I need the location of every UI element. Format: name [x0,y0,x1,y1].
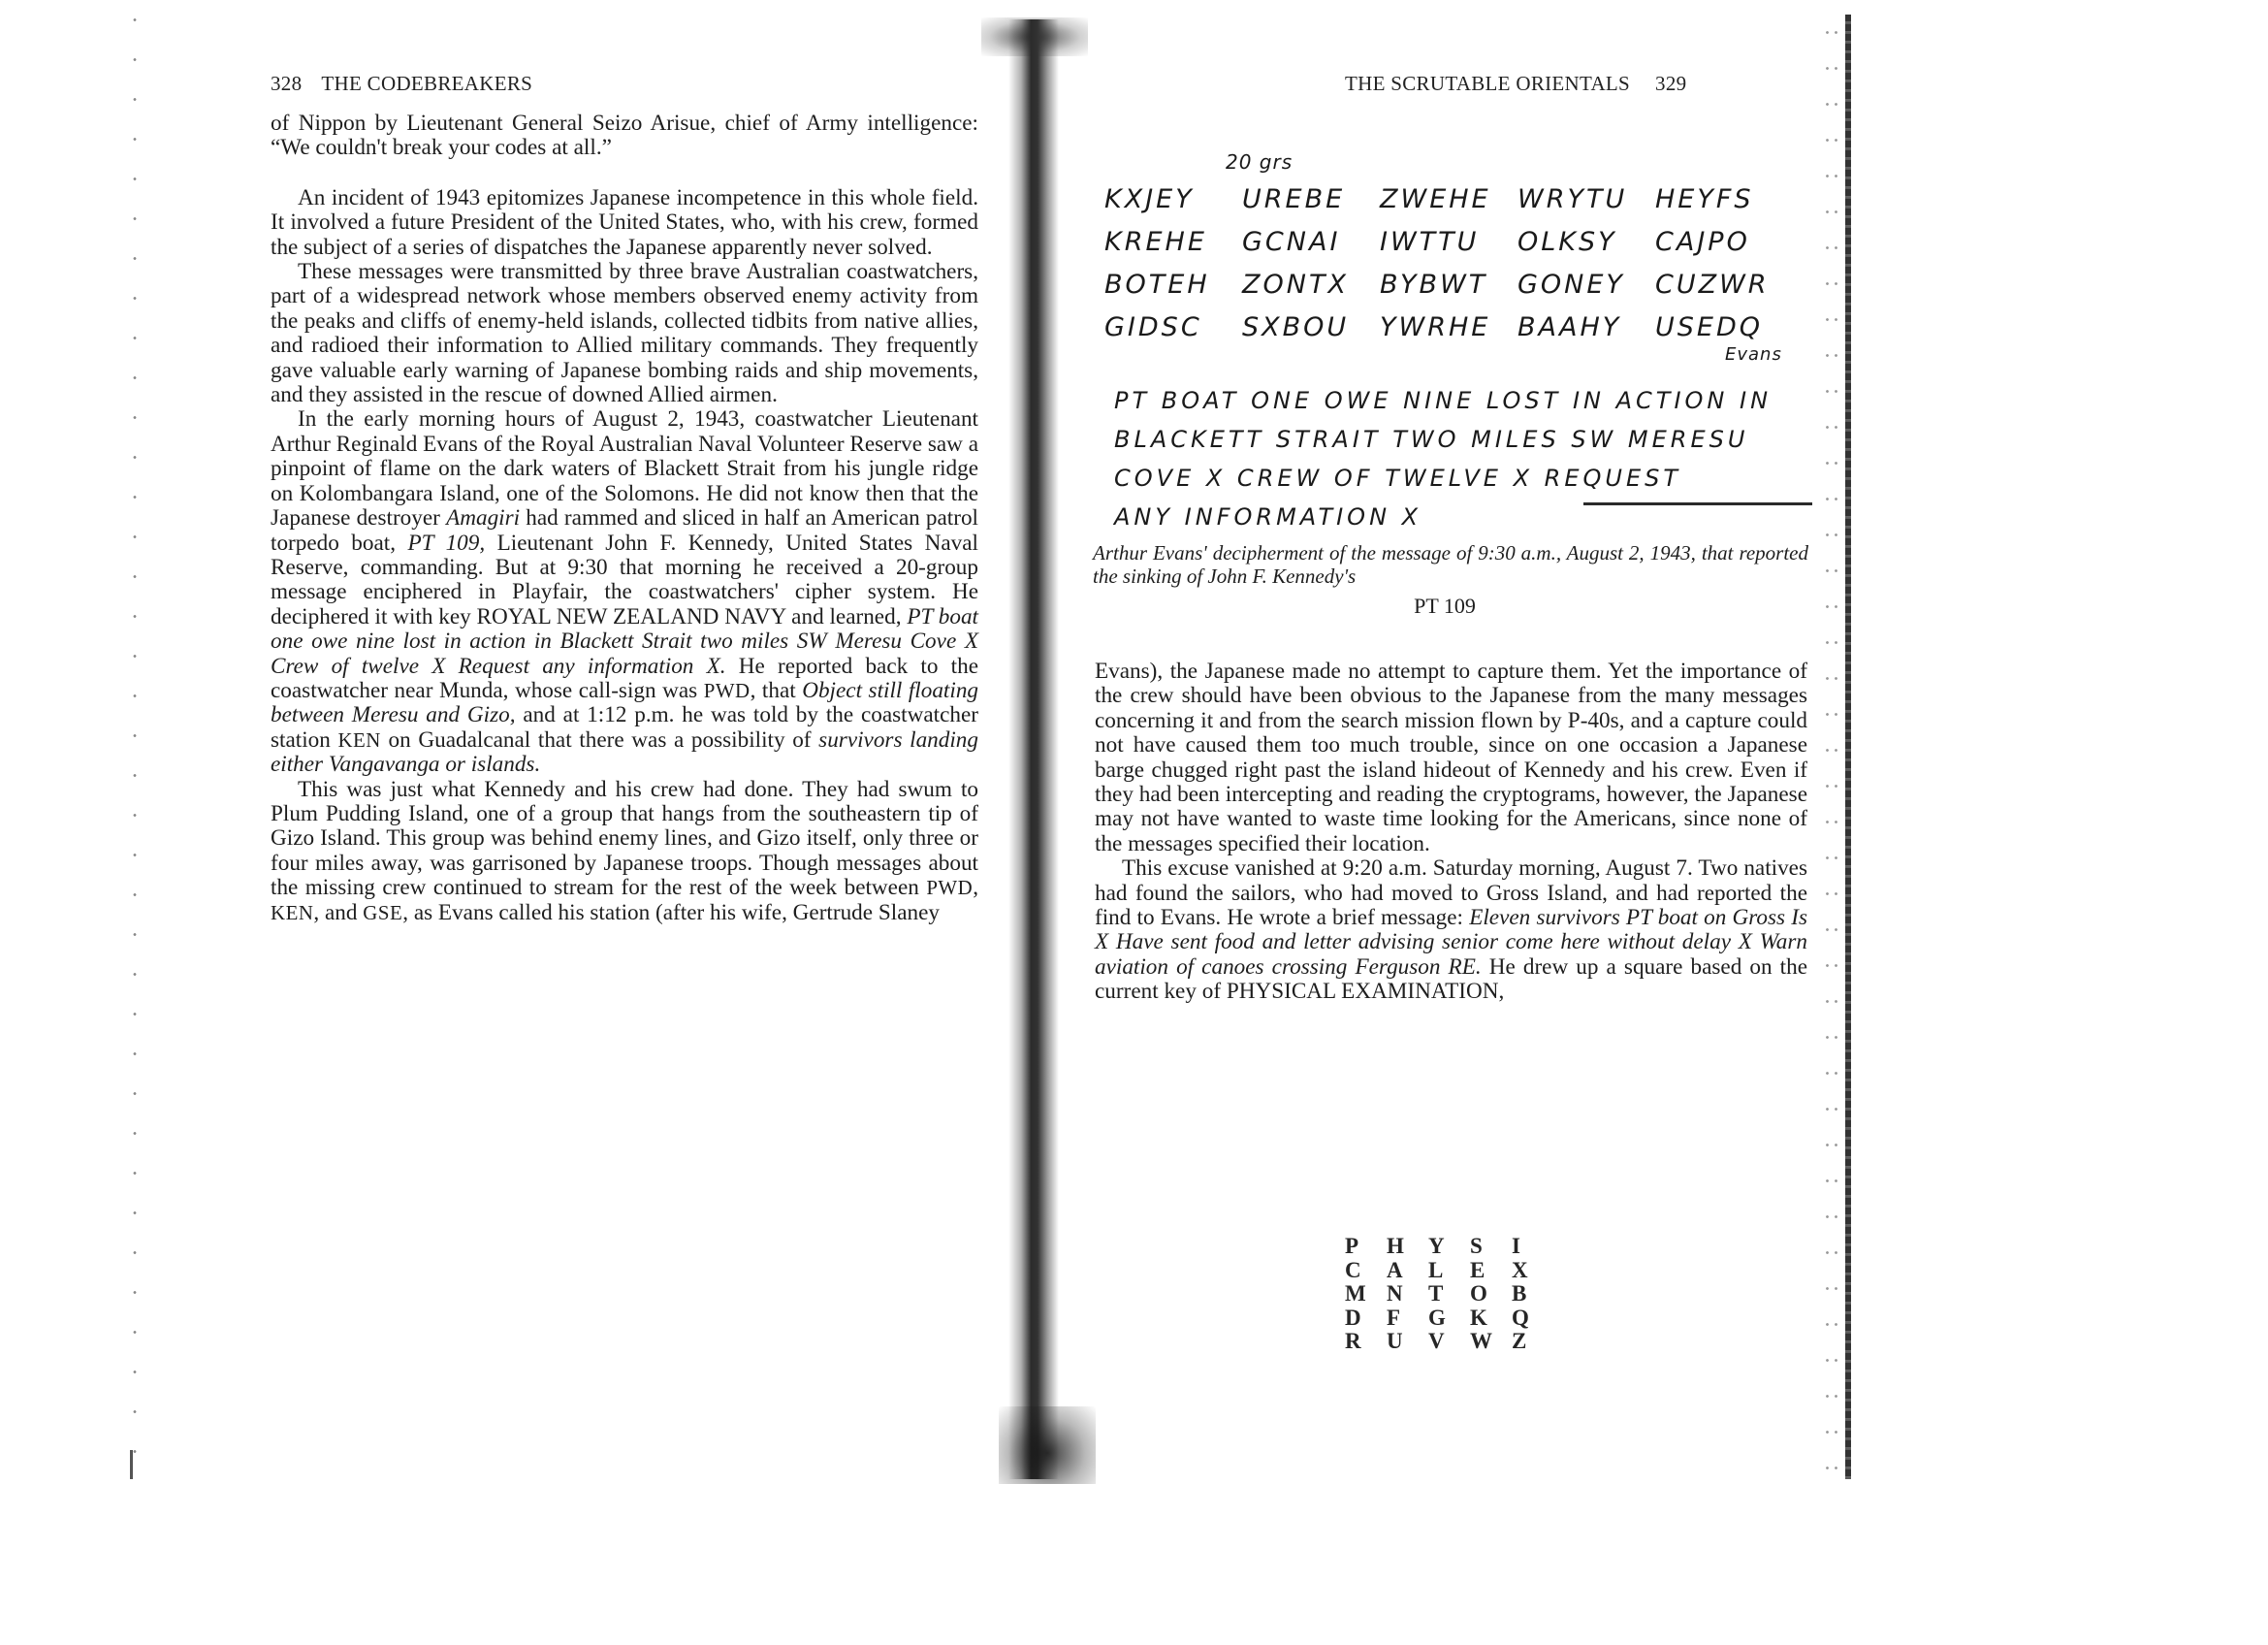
figure-caption: Arthur Evans' decipherment of the messag… [1093,541,1808,588]
playfair-row: PHYSI [1345,1235,1553,1259]
page-number: 329 [1655,72,1686,95]
paragraph: Evans), the Japanese made no attempt to … [1095,660,1807,856]
paragraph: This excuse vanished at 9:20 a.m. Saturd… [1095,856,1807,1004]
ciphertext-groups: KXJEYUREBEZWEHEWRYTUHEYFS KREHEGCNAIIWTT… [1104,177,1764,348]
scan-edge-noise [1823,15,1842,1469]
cipher-row: KXJEYUREBEZWEHEWRYTUHEYFS [1104,177,1764,220]
ship-name: Amagiri [446,505,520,531]
paragraph: An incident of 1943 epitomizes Japanese … [271,186,978,260]
paragraph: These messages were transmitted by three… [271,260,978,407]
left-body-text: of Nippon by Lieutenant General Seizo Ar… [271,112,978,925]
scan-edge-left [130,0,140,1484]
call-sign: PWD [704,679,751,702]
call-sign: KEN [271,901,313,924]
plaintext-line: BLACKETT STRAIT TWO MILES SW MERESU [1114,420,1772,459]
paragraph: of Nippon by Lieutenant General Seizo Ar… [271,112,978,161]
plaintext-lines: PT BOAT ONE OWE NINE LOST IN ACTION IN B… [1114,381,1772,536]
scan-edge-mark [130,1450,133,1479]
playfair-row: DFGKQ [1345,1306,1553,1331]
page-number: 328 [271,72,302,95]
playfair-row: RUVWZ [1345,1330,1553,1354]
playfair-row: CALEX [1345,1259,1553,1283]
signature-line [1583,502,1812,505]
playfair-row: MNTOB [1345,1282,1553,1306]
boat-name: PT 109, [407,531,485,556]
cipher-row: KREHEGCNAIIWTTUOLKSYCAJPO [1104,220,1764,263]
paragraph: This was just what Kennedy and his crew … [271,778,978,925]
cipher-row: BOTEHZONTXBYBWTGONEYCUZWR [1104,263,1764,306]
handwritten-signature: Evans [1725,344,1782,365]
call-sign: PWD [926,876,973,899]
handwritten-note: 20 grs [1226,150,1293,174]
running-head-right: THE SCRUTABLE ORIENTALS329 [1345,72,1686,96]
plaintext-line: PT BOAT ONE OWE NINE LOST IN ACTION IN [1114,381,1772,420]
book-gutter-spine [1008,19,1059,1479]
playfair-square: PHYSI CALEX MNTOB DFGKQ RUVWZ [1345,1235,1553,1354]
scan-edge-right [1845,15,1851,1479]
running-head-left: 328THE CODEBREAKERS [271,72,532,96]
book-title: THE CODEBREAKERS [321,72,532,95]
chapter-title: THE SCRUTABLE ORIENTALS [1345,72,1630,95]
plaintext-line: COVE X CREW OF TWELVE X REQUEST [1114,459,1772,498]
cipher-row: GIDSCSXBOUYWRHEBAAHYUSEDQ [1104,306,1764,348]
call-sign: GSE [363,901,402,924]
right-body-text: Evans), the Japanese made no attempt to … [1095,660,1807,1005]
call-sign: KEN [337,728,380,752]
book-gutter-bottom [999,1406,1096,1484]
figure-caption-title: PT 109 [1081,594,1808,619]
paragraph: In the early morning hours of August 2, … [271,407,978,777]
